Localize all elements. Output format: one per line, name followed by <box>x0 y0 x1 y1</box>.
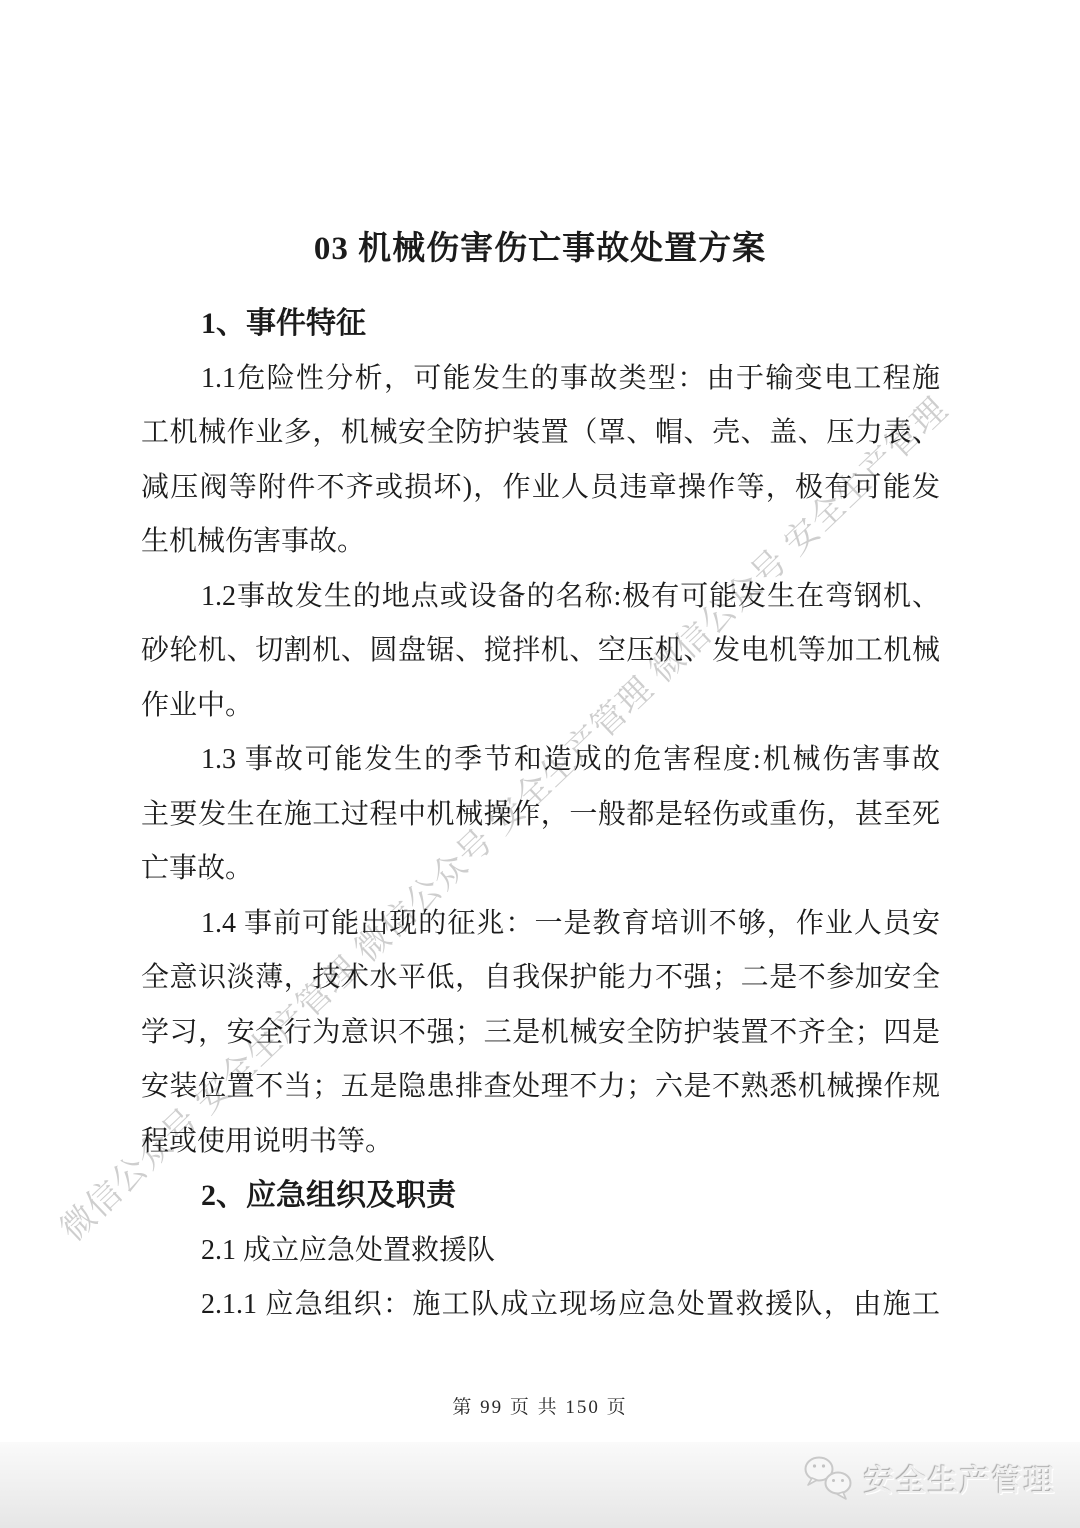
text-line: 2.1 成立应急处置救援队 <box>141 1224 940 1279</box>
text-line: 1.3 事故可能发生的季节和造成的危害程度:机械伤害事故 <box>141 733 940 788</box>
text-line: 亡事故。 <box>141 842 940 897</box>
text-line: 工机械作业多，机械安全防护装置（罩、帽、壳、盖、压力表、 <box>141 406 940 461</box>
document-body: 1、事件特征 1.1危险性分析，可能发生的事故类型：由于输变电工程施 工机械作业… <box>141 297 940 1333</box>
brand-badge: 安全生产管理 <box>802 1454 1056 1502</box>
page-title: 03 机械伤害伤亡事故处置方案 <box>0 222 1080 269</box>
text-line: 主要发生在施工过程中机械操作，一般都是轻伤或重伤，甚至死 <box>141 788 940 843</box>
bottom-band: 安全生产管理 <box>0 1442 1080 1528</box>
document-page: 微信公众号 安全生产管理 微信公众号 安全生产管理 微信公众号 安全生产管理 0… <box>0 0 1080 1528</box>
page-number: 第 99 页 共 150 页 <box>0 1392 1080 1419</box>
text-line: 安装位置不当；五是隐患排查处理不力；六是不熟悉机械操作规 <box>141 1060 940 1115</box>
section-heading-1: 1、事件特征 <box>141 297 940 352</box>
text-line: 2.1.1 应急组织：施工队成立现场应急处置救援队，由施工 <box>141 1278 940 1333</box>
text-line: 作业中。 <box>141 679 940 734</box>
text-line: 砂轮机、切割机、圆盘锯、搅拌机、空压机、发电机等加工机械 <box>141 624 940 679</box>
brand-label: 安全生产管理 <box>864 1456 1056 1500</box>
wechat-icon <box>802 1454 856 1502</box>
text-line: 全意识淡薄，技术水平低，自我保护能力不强；二是不参加安全 <box>141 951 940 1006</box>
text-line: 1.2事故发生的地点或设备的名称:极有可能发生在弯钢机、 <box>141 570 940 625</box>
text-line: 程或使用说明书等。 <box>141 1115 940 1170</box>
text-line: 1.4 事前可能出现的征兆：一是教育培训不够，作业人员安 <box>141 897 940 952</box>
text-line: 减压阀等附件不齐或损坏)，作业人员违章操作等，极有可能发 <box>141 461 940 516</box>
text-line: 学习，安全行为意识不强；三是机械安全防护装置不齐全；四是 <box>141 1006 940 1061</box>
text-line: 生机械伤害事故。 <box>141 515 940 570</box>
text-line: 1.1危险性分析，可能发生的事故类型：由于输变电工程施 <box>141 352 940 407</box>
section-heading-2: 2、应急组织及职责 <box>141 1169 940 1224</box>
